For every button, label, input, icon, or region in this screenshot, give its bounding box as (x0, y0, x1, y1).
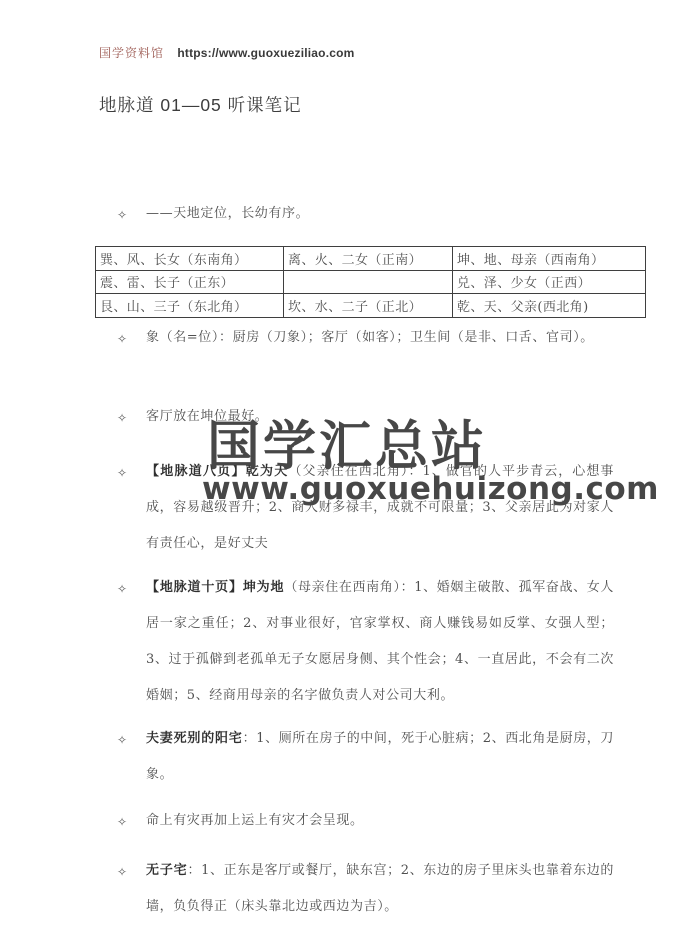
bullet-item: ✧ ——天地定位，长幼有序。 (117, 196, 614, 232)
bullet-item: ✧ 象（名=位）：厨房（刀象）；客厅（如客）；卫生间（是非、口舌、官司）。 (117, 320, 614, 356)
table-cell: 离、火、二女（正南） (284, 247, 453, 271)
bullet-item: ✧ 无子宅：1、正东是客厅或餐厅，缺东宫；2、东边的房子里床头也靠着东边的墙，负… (117, 853, 614, 925)
bullet-text: 命上有灾再加上运上有灾才会呈现。 (146, 803, 614, 839)
table-cell: 乾、天、父亲(西北角) (453, 294, 646, 318)
table-cell (284, 270, 453, 294)
diamond-bullet-icon: ✧ (117, 197, 128, 233)
table-cell: 兑、泽、少女（正西） (453, 270, 646, 294)
diamond-bullet-icon: ✧ (117, 804, 128, 840)
bullet-text: ——天地定位，长幼有序。 (146, 196, 614, 232)
bullet-item: ✧ 夫妻死别的阳宅：1、厕所在房子的中间，死于心脏病；2、西北角是厨房，刀象。 (117, 721, 614, 793)
page-title: 地脉道 01—05 听课笔记 (99, 92, 302, 117)
diamond-bullet-icon: ✧ (117, 321, 128, 357)
diamond-bullet-icon: ✧ (117, 400, 128, 436)
table-cell: 巽、风、长女（东南角） (96, 247, 284, 271)
bullet-bold-lead: 无子宅 (146, 863, 187, 878)
bullet-text: 无子宅：1、正东是客厅或餐厅，缺东宫；2、东边的房子里床头也靠着东边的墙，负负得… (146, 853, 614, 925)
bullet-bold-lead: 【地脉道十页】坤为地 (146, 580, 284, 595)
table-row: 巽、风、长女（东南角） 离、火、二女（正南） 坤、地、母亲（西南角） (96, 247, 646, 271)
site-brand-label: 国学资料馆 (99, 46, 164, 60)
bullet-text: 【地脉道十页】坤为地（母亲住在西南角）：1、婚姻主破散、孤军奋战、女人居一家之重… (146, 570, 614, 714)
table-cell: 坤、地、母亲（西南角） (453, 247, 646, 271)
table-cell: 坎、水、二子（正北） (284, 294, 453, 318)
bullet-text: 夫妻死别的阳宅：1、厕所在房子的中间，死于心脏病；2、西北角是厨房，刀象。 (146, 721, 614, 793)
bullet-bold-lead: 夫妻死别的阳宅 (146, 731, 243, 746)
document-header: 国学资料馆 https://www.guoxueziliao.com (99, 44, 355, 61)
bullet-text: 象（名=位）：厨房（刀象）；客厅（如客）；卫生间（是非、口舌、官司）。 (146, 320, 614, 356)
bullet-item: ✧ 命上有灾再加上运上有灾才会呈现。 (117, 803, 614, 839)
site-url-text: https://www.guoxueziliao.com (177, 46, 354, 60)
table-cell: 艮、山、三子（东北角） (96, 294, 284, 318)
watermark-url: www.guoxuehuizong.com (202, 471, 659, 507)
diamond-bullet-icon: ✧ (117, 854, 128, 890)
bullet-item: ✧ 【地脉道十页】坤为地（母亲住在西南角）：1、婚姻主破散、孤军奋战、女人居一家… (117, 570, 614, 714)
table-row: 震、雷、长子（正东） 兑、泽、少女（正西） (96, 270, 646, 294)
table-cell: 震、雷、长子（正东） (96, 270, 284, 294)
table-row: 艮、山、三子（东北角） 坎、水、二子（正北） 乾、天、父亲(西北角) (96, 294, 646, 318)
watermark-title: 国学汇总站 (207, 404, 487, 480)
diamond-bullet-icon: ✧ (117, 455, 128, 491)
bagua-position-table: 巽、风、长女（东南角） 离、火、二女（正南） 坤、地、母亲（西南角） 震、雷、长… (95, 246, 646, 318)
diamond-bullet-icon: ✧ (117, 722, 128, 758)
diamond-bullet-icon: ✧ (117, 571, 128, 607)
